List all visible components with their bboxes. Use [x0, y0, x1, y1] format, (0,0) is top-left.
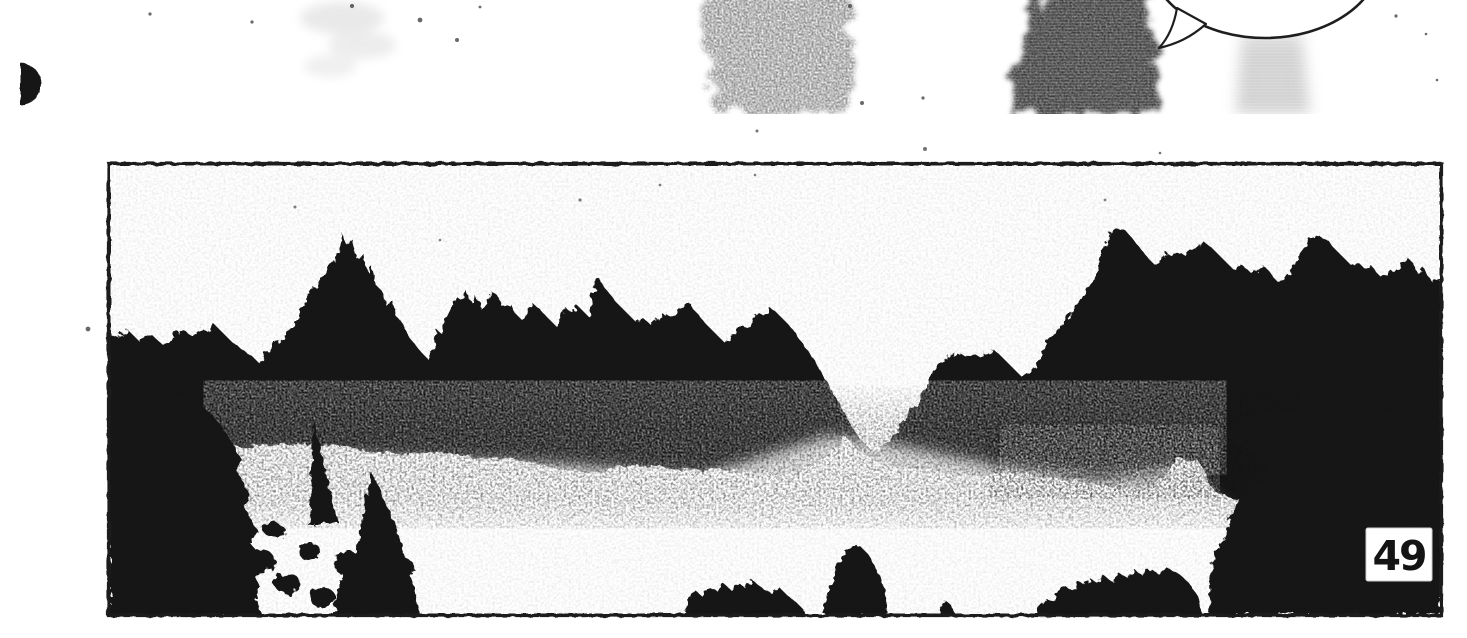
panel-grain	[109, 164, 1441, 616]
panel-top	[148, 0, 1438, 114]
manga-page: 49	[0, 0, 1467, 638]
dust-speck	[86, 327, 91, 332]
scan-smudge	[300, 2, 396, 77]
page-number: 49	[1372, 532, 1425, 580]
binding-mark	[20, 63, 42, 105]
blurred-figure-left-texture	[686, 0, 868, 114]
dust-specks-gutter	[756, 130, 1162, 155]
panel-bottom: 49	[107, 164, 1443, 617]
page-number-badge: 49	[1366, 528, 1432, 581]
page-art: 49	[0, 0, 1467, 638]
